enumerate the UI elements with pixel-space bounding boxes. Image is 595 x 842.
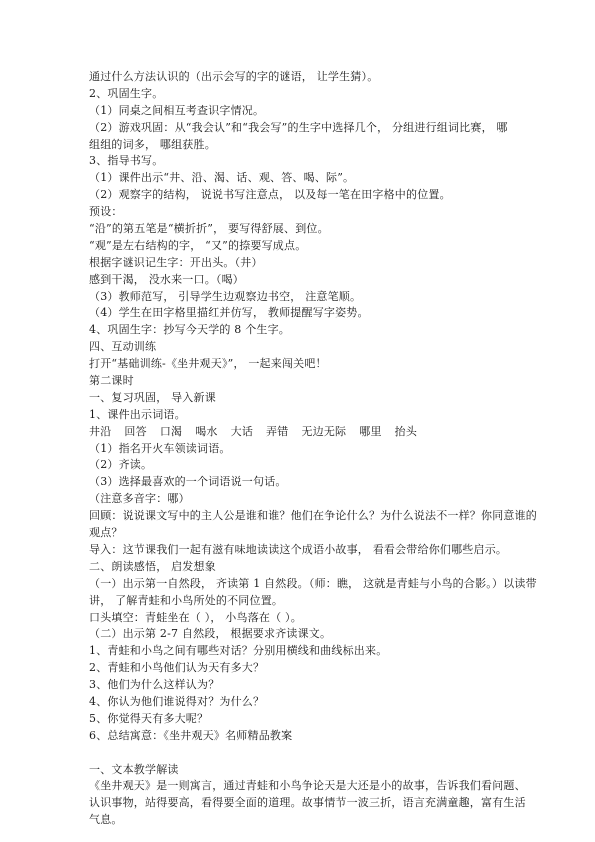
text-line: 4、巩固生字：抄写今天学的 8 个生字。 (89, 322, 529, 339)
text-line: （2）齐读。 (89, 457, 529, 474)
document-page: 通过什么方法认识的（出示会写的字的谜语， 让学生猜）。 2、巩固生字。 （1）同… (89, 69, 529, 829)
text-line: “观”是左右结构的字， “又”的捺要写成点。 (89, 238, 529, 255)
text-line: （一）出示第一自然段， 齐读第 1 自然段。（师：瞧， 这就是青蛙与小鸟的合影。… (89, 576, 529, 593)
text-line: 回顾：说说课文写中的主人公是谁和谁？他们在争论什么？为什么说法不一样？你同意谁的 (89, 508, 529, 525)
text-line: 通过什么方法认识的（出示会写的字的谜语， 让学生猜）。 (89, 69, 529, 86)
section-heading: 一、复习巩固， 导入新课 (89, 390, 529, 407)
text-line: 3、他们为什么这样认为？ (89, 677, 529, 694)
text-line: 1、青蛙和小鸟之间有哪些对话？分别用横线和曲线标出来。 (89, 643, 529, 660)
text-line: 1、课件出示词语。 (89, 407, 529, 424)
word-item: 喝水 (195, 425, 217, 438)
section-paragraph: 《坐井观天》是一则寓言，通过青蛙和小鸟争论天是大还是小的故事，告诉我们看问题、认… (89, 778, 529, 829)
blank-line (89, 745, 529, 762)
text-line: 2、巩固生字。 (89, 86, 529, 103)
text-line: 3、指导书写。 (89, 153, 529, 170)
word-list: 井沿回答口渴喝水大话弄错无边无际哪里抬头 (89, 424, 529, 441)
text-line: 观点？ (89, 525, 529, 542)
text-line: （二）出示第 2-7 自然段， 根据要求齐读课文。 (89, 626, 529, 643)
text-line: 4、你认为他们谁说得对？为什么？ (89, 694, 529, 711)
text-line: （1）同桌之间相互考查识字情况。 (89, 103, 529, 120)
text-line: （注意多音字：哪） (89, 491, 529, 508)
section-heading: 二、朗读感悟， 启发想象 (89, 559, 529, 576)
text-line: （3）选择最喜欢的一个词语说一句话。 (89, 474, 529, 491)
word-item: 井沿 (89, 425, 111, 438)
word-item: 弄错 (266, 425, 288, 438)
word-item: 抬头 (395, 425, 417, 438)
word-item: 口渴 (160, 425, 182, 438)
word-item: 回答 (124, 425, 146, 438)
text-line: 打开“基础训练-《坐井观天》”， 一起来闯关吧！ (89, 356, 529, 373)
text-line: （1）课件出示“井、沿、渴、话、观、答、喝、际”。 (89, 170, 529, 187)
text-line: 讲， 了解青蛙和小鸟所处的不同位置。 (89, 593, 529, 610)
text-line: （2）游戏巩固：从“我会认”和“我会写”的生字中选择几个， 分组进行组词比赛， … (89, 120, 529, 137)
text-line: 感到干渴， 没水来一口。（喝） (89, 272, 529, 289)
text-line: 口头填空：青蛙坐在（ ）， 小鸟落在（ ）。 (89, 610, 529, 627)
text-line: 组组的词多， 哪组获胜。 (89, 137, 529, 154)
text-line: 6、总结寓意：《坐井观天》名师精品教案 (89, 728, 529, 745)
text-line: （2）观察字的结构， 说说书写注意点， 以及每一笔在田字格中的位置。 (89, 187, 529, 204)
text-line: （4）学生在田字格里描红并仿写， 教师提醒写字姿势。 (89, 305, 529, 322)
word-item: 无边无际 (301, 425, 346, 438)
section-heading: 四、互动训练 (89, 339, 529, 356)
text-line: 5、你觉得天有多大呢？ (89, 711, 529, 728)
text-line: “沿”的第五笔是“横折折”， 要写得舒展、到位。 (89, 221, 529, 238)
section-heading: 一、文本教学解读 (89, 762, 529, 779)
lesson-heading: 第二课时 (89, 373, 529, 390)
text-line: （3）教师范写， 引导学生边观察边书空， 注意笔顺。 (89, 289, 529, 306)
word-item: 大话 (231, 425, 253, 438)
text-line: 预设： (89, 204, 529, 221)
text-line: （1）指名开火车领读词语。 (89, 441, 529, 458)
text-line: 根据字谜识记生字：开出头。（井） (89, 255, 529, 272)
word-item: 哪里 (359, 425, 381, 438)
text-line: 导入：这节课我们一起有滋有味地读读这个成语小故事， 看看会带给你们哪些启示。 (89, 542, 529, 559)
text-line: 2、青蛙和小鸟他们认为天有多大？ (89, 660, 529, 677)
